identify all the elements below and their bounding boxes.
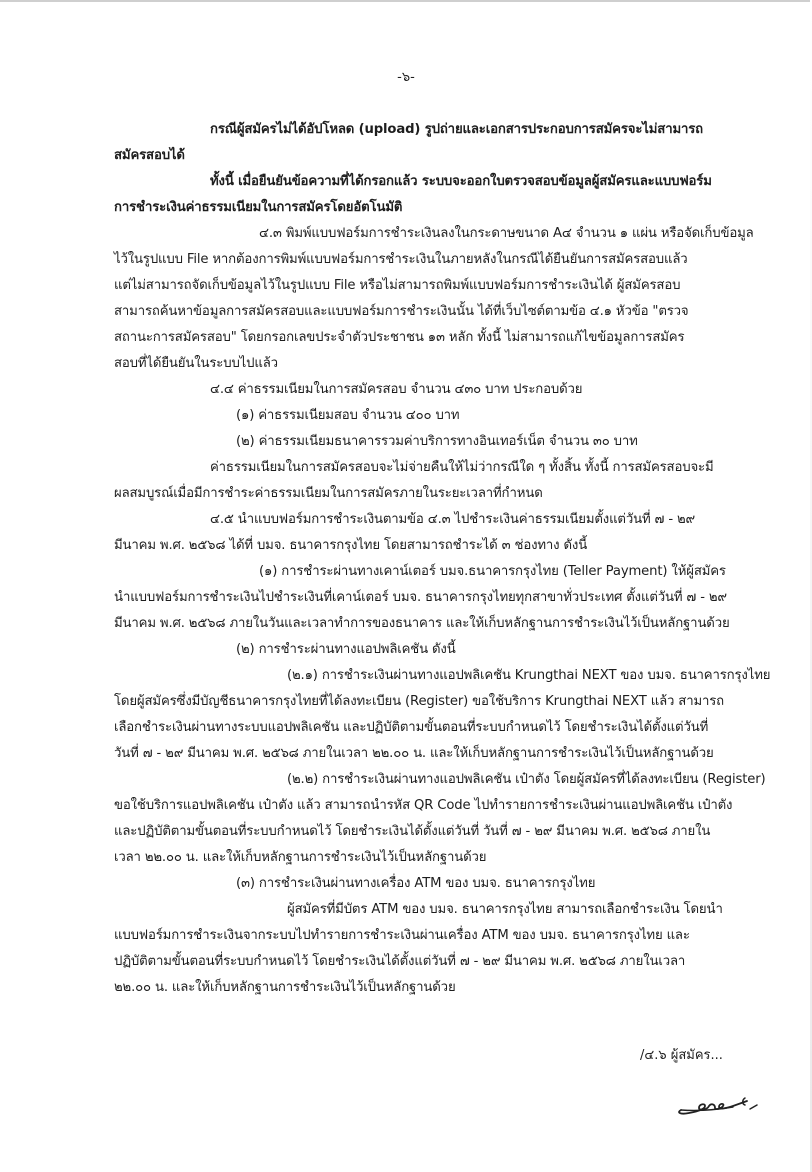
text-line: ค่าธรรมเนียมในการสมัครสอบจะไม่จ่ายคืนให้… <box>210 455 812 481</box>
text-line: วันที่ ๗ - ๒๙ มีนาคม พ.ศ. ๒๕๖๘ ภายในเวลา… <box>114 741 764 767</box>
text-line: การชำระเงินค่าธรรมเนียมในการสมัครโดยอัตโ… <box>114 195 764 221</box>
text-line: เวลา ๒๒.๐๐ น. และให้เก็บหลักฐานการชำระเง… <box>114 845 764 871</box>
text-line: ขอใช้บริการแอปพลิเคชัน เป๋าตัง แล้ว สามา… <box>114 793 764 819</box>
text-line: กรณีผู้สมัครไม่ได้อัปโหลด (upload) รูปถ่… <box>210 117 812 143</box>
continuation-note: /๔.๖ ผู้สมัคร... <box>640 1043 723 1069</box>
text-line: ผู้สมัครที่มีบัตร ATM ของ บมจ. ธนาคารกรุ… <box>287 897 812 923</box>
text-line: ผลสมบูรณ์เมื่อมีการชำระค่าธรรมเนียมในการ… <box>114 481 764 507</box>
text-line: มีนาคม พ.ศ. ๒๕๖๘ ได้ที่ บมจ. ธนาคารกรุงไ… <box>114 533 764 559</box>
text-line: (๒.๒) การชำระเงินผ่านทางแอปพลิเคชัน เป๋า… <box>287 767 812 793</box>
text-line: (๓) การชำระเงินผ่านทางเครื่อง ATM ของ บม… <box>236 871 812 897</box>
text-line: ปฏิบัติตามขั้นตอนที่ระบบกำหนดไว้ โดยชำระ… <box>114 949 764 975</box>
text-line: เลือกชำระเงินผ่านทางระบบแอปพลิเคชัน และป… <box>114 715 764 741</box>
text-line: และปฏิบัติตามขั้นตอนที่ระบบกำหนดไว้ โดยช… <box>114 819 764 845</box>
text-line: สอบที่ได้ยืนยันในระบบไปแล้ว <box>114 351 764 377</box>
text-line: (๒) ค่าธรรมเนียมธนาคารรวมค่าบริการทางอิน… <box>236 429 812 455</box>
page-number: -๖- <box>0 66 812 87</box>
text-line: (๒.๑) การชำระเงินผ่านทางแอปพลิเคชัน Krun… <box>287 663 812 689</box>
text-line: โดยผู้สมัครซึ่งมีบัญชีธนาคารกรุงไทยที่ได… <box>114 689 764 715</box>
text-line: สมัครสอบได้ <box>114 143 764 169</box>
document-page: -๖- กรณีผู้สมัครไม่ได้อัปโหลด (upload) ร… <box>0 0 812 1172</box>
text-line: สามารถค้นหาข้อมูลการสมัครสอบและแบบฟอร์มก… <box>114 299 764 325</box>
text-line: แต่ไม่สามารถจัดเก็บข้อมูลไว้ในรูปแบบ Fil… <box>114 273 764 299</box>
text-line: ไว้ในรูปแบบ File หากต้องการพิมพ์แบบฟอร์ม… <box>114 247 764 273</box>
text-line: ๒๒.๐๐ น. และให้เก็บหลักฐานการชำระเงินไว้… <box>114 975 764 1001</box>
text-line: นำแบบฟอร์มการชำระเงินไปชำระเงินที่เคาน์เ… <box>114 585 764 611</box>
text-line: ๔.๓ พิมพ์แบบฟอร์มการชำระเงินลงในกระดาษขน… <box>259 221 812 247</box>
text-line: สถานะการสมัครสอบ" โดยกรอกเลขประจำตัวประช… <box>114 325 764 351</box>
text-line: ๔.๔ ค่าธรรมเนียมในการสมัครสอบ จำนวน ๔๓๐ … <box>210 377 812 403</box>
signature-icon <box>675 1082 775 1122</box>
text-line: (๑) การชำระผ่านทางเคาน์เตอร์ บมจ.ธนาคารก… <box>259 559 812 585</box>
text-line: ๔.๕ นำแบบฟอร์มการชำระเงินตามข้อ ๔.๓ ไปชำ… <box>210 507 812 533</box>
text-line: (๒) การชำระผ่านทางแอปพลิเคชัน ดังนี้ <box>236 637 812 663</box>
text-line: แบบฟอร์มการชำระเงินจากระบบไปทำรายการชำระ… <box>114 923 764 949</box>
text-line: ทั้งนี้ เมื่อยืนยันข้อความที่ได้กรอกแล้ว… <box>210 169 812 195</box>
text-line: มีนาคม พ.ศ. ๒๕๖๘ ภายในวันและเวลาทำการของ… <box>114 611 764 637</box>
text-line: (๑) ค่าธรรมเนียมสอบ จำนวน ๔๐๐ บาท <box>236 403 812 429</box>
